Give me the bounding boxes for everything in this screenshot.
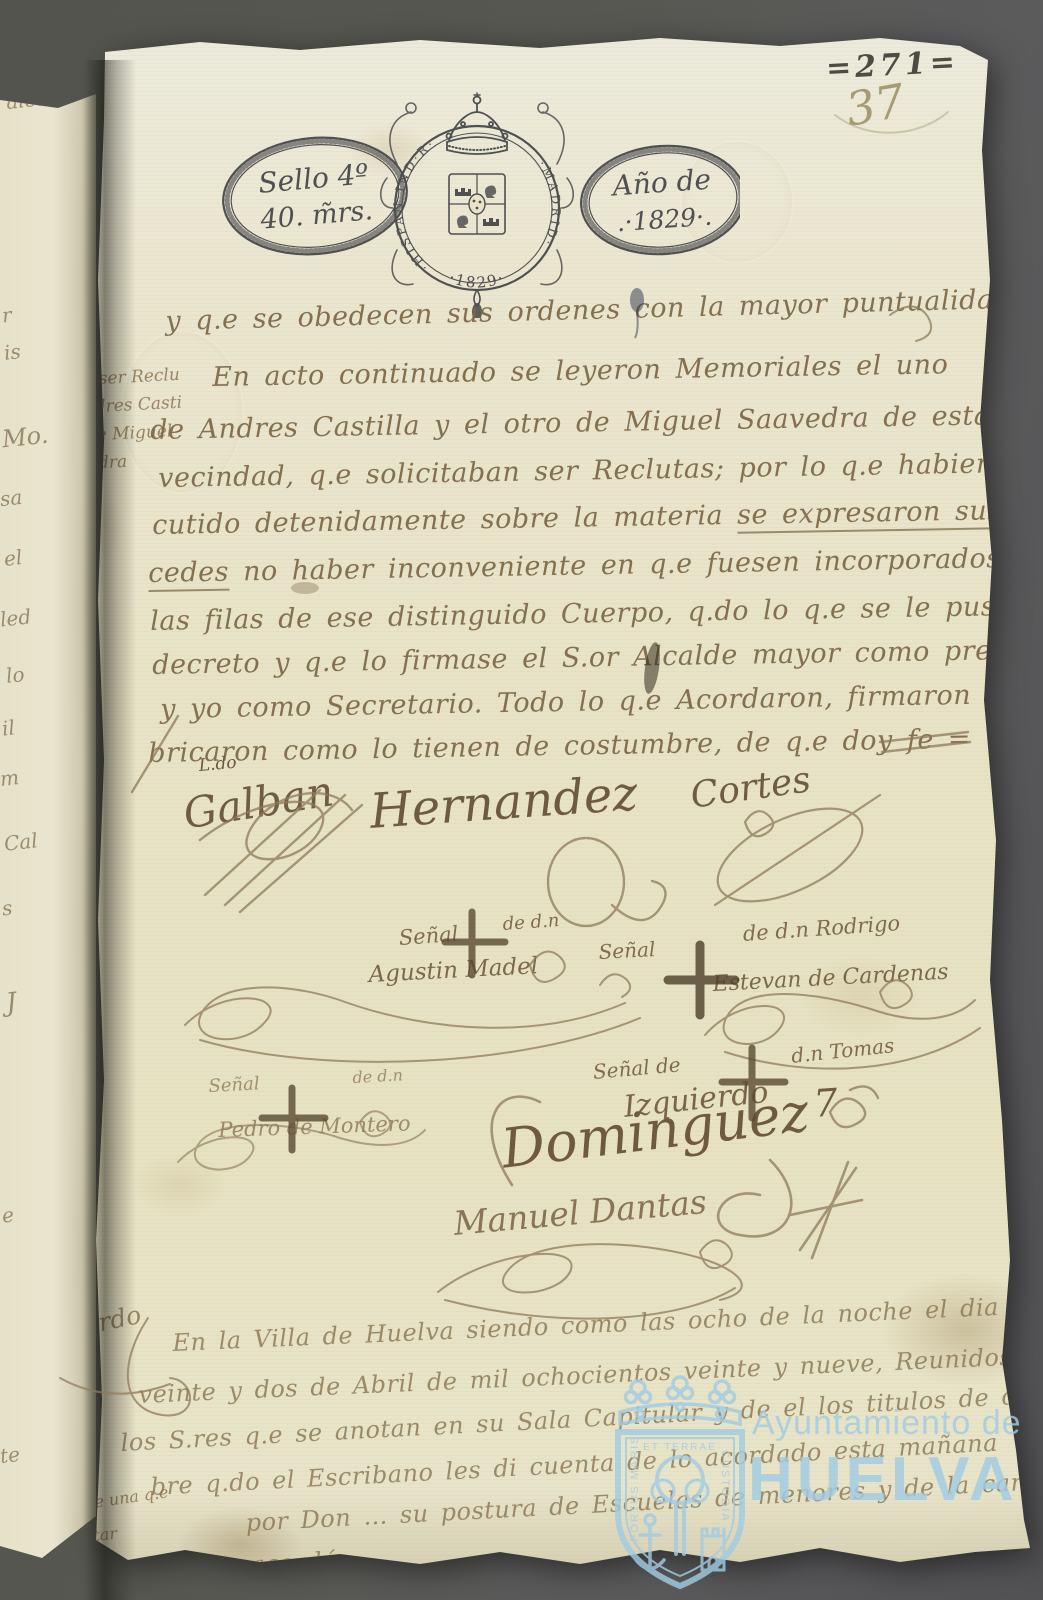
manuscript-line: acordó … bbox=[250, 1546, 374, 1580]
manuscript-line: cutido detenidamente sobre la materia se… bbox=[152, 494, 1043, 541]
book-gutter-shadow bbox=[84, 60, 136, 1600]
watermark-city-name: HUELVA bbox=[748, 1445, 1018, 1514]
manuscript-line: las filas de ese distinguido Cuerpo, q.d… bbox=[150, 590, 1043, 637]
stamp-right-oval: Año de .·1829·. bbox=[577, 140, 740, 259]
leon-lion-icon bbox=[457, 216, 468, 229]
folio-number-secondary: 37 bbox=[842, 73, 909, 136]
castile-castle-icon bbox=[483, 218, 499, 226]
shield-motto-top: ET TERRAE bbox=[643, 1442, 717, 1453]
svg-text:·MADRID·: ·MADRID· bbox=[535, 158, 563, 250]
signature-number: 7 bbox=[812, 1080, 839, 1126]
stamp-year-label: Año de bbox=[608, 163, 712, 203]
crown-icon bbox=[447, 93, 508, 154]
signal-mark-label: Señal de bbox=[592, 1052, 681, 1084]
shield-motto-right: CUSTODIA bbox=[719, 1450, 731, 1523]
signal-mark-label: Señal bbox=[398, 922, 459, 950]
seal-legend-right: ·MADRID· bbox=[535, 158, 563, 250]
revenue-stamp: Sello 4º 40. m̃rs. Año de .·1829·. bbox=[215, 78, 740, 318]
document-page: =271= 37 Sello 4º 40. m̃rs. Año de bbox=[0, 0, 1043, 1600]
signal-mark-name: Pedro de Montero bbox=[218, 1111, 411, 1142]
watermark-org-name: Ayuntamiento de bbox=[752, 1404, 1022, 1442]
scanned-document: ales r is Mo. sa el led lo il m Cal s J … bbox=[0, 0, 1043, 1600]
signal-mark-label: d.n Tomas bbox=[790, 1033, 895, 1068]
leon-lion-icon bbox=[485, 186, 496, 199]
manuscript-line: y yo como Secretario. Todo lo q.e Acorda… bbox=[160, 679, 1043, 726]
signature-cortes: Cortes bbox=[688, 759, 813, 816]
signature-galban: Galban bbox=[180, 766, 337, 838]
manuscript-line: decreto y q.e lo firmase el S.or Alcalde… bbox=[152, 634, 1043, 681]
shield-tree-icon bbox=[652, 1457, 708, 1554]
stamp-denomination-value: 40. m̃rs. bbox=[258, 195, 374, 236]
stamp-year-value: .·1829·. bbox=[616, 202, 713, 238]
manuscript-line: vecindad, q.e solicitaban ser Reclutas; … bbox=[158, 447, 1043, 494]
seal-year: ·1829· bbox=[447, 268, 508, 291]
svg-text:·HISPAN·IND·R·: ·HISPAN·IND·R· bbox=[391, 136, 438, 274]
castile-castle-icon bbox=[455, 188, 471, 196]
signal-mark-name: Agustin Madel bbox=[368, 953, 539, 988]
signal-mark-label: de d.n bbox=[352, 1065, 403, 1087]
manuscript-line: En acto continuado se leyeron Memoriales… bbox=[212, 349, 949, 393]
document-page-wrap: =271= 37 Sello 4º 40. m̃rs. Año de bbox=[0, 0, 1043, 1600]
signature-manuel-dantas: Manuel Dantas bbox=[452, 1182, 708, 1243]
shield-crown-icon bbox=[620, 1377, 740, 1424]
stamp-royal-seal: ·HISPAN·IND·R· ·MADRID· ·1829· bbox=[391, 93, 563, 318]
seal-legend-left: ·HISPAN·IND·R· bbox=[391, 136, 438, 274]
signal-mark-name: Estevan de Cardenas bbox=[712, 960, 949, 997]
signal-mark-label: Señal bbox=[208, 1073, 260, 1097]
signal-mark-label: de d.n Rodrigo bbox=[742, 911, 901, 946]
stamp-left-oval: Sello 4º 40. m̃rs. bbox=[218, 130, 411, 262]
watermark-huelva: PORTUS MARIS ET TERRAE CUSTODIA Ayuntami… bbox=[602, 1370, 1043, 1600]
signal-mark-label: Señal bbox=[598, 937, 656, 964]
manuscript-line: de Andres Castilla y el otro de Miguel S… bbox=[150, 400, 991, 446]
signature-hernandez: Hernandez bbox=[368, 765, 639, 840]
svg-text:·1829·: ·1829· bbox=[447, 268, 508, 291]
manuscript-line: cedes no haber inconveniente en q.e fues… bbox=[148, 542, 1043, 589]
signature-title: L.do bbox=[198, 753, 237, 776]
signal-mark-label: de d.n bbox=[502, 910, 560, 935]
stamp-denomination-class: Sello 4º bbox=[257, 157, 370, 199]
shield-motto-left: PORTUS MARIS bbox=[629, 1434, 641, 1542]
coat-of-arms-icon bbox=[449, 174, 505, 234]
manuscript-line: bricaron como lo tienen de costumbre, de… bbox=[148, 724, 971, 769]
huelva-shield-icon: PORTUS MARIS ET TERRAE CUSTODIA bbox=[618, 1377, 742, 1586]
